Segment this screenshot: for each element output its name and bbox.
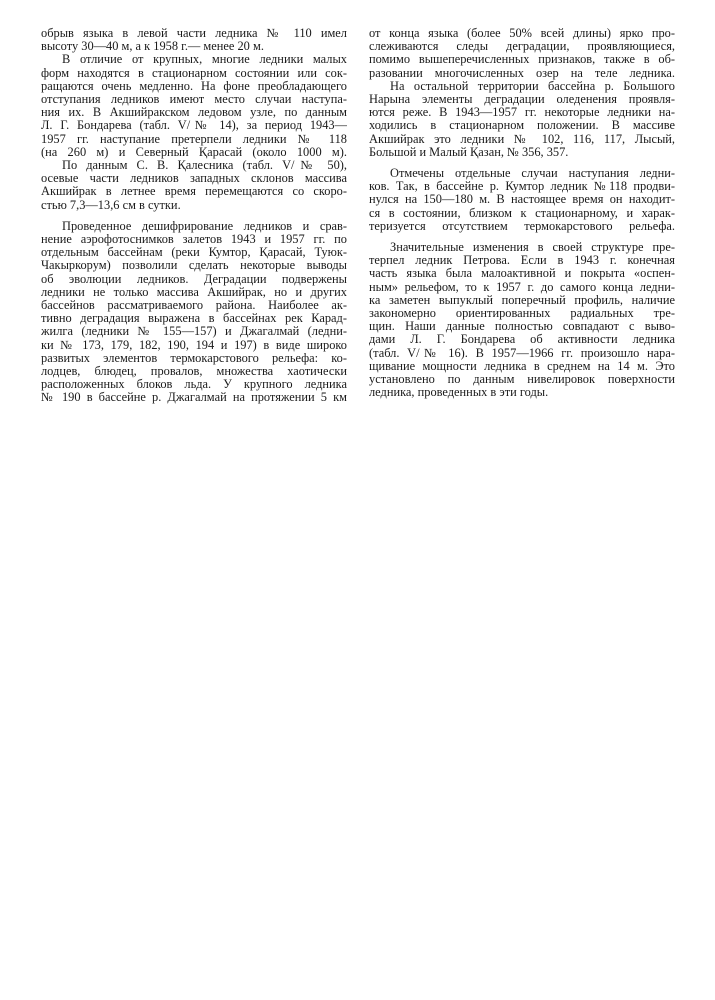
text-line: разовании многочисленных озер на теле ле… (369, 67, 675, 80)
text-line: щивание мощности ледника в среднем на 14… (369, 360, 675, 373)
text-line: Значительные изменения в своей структуре… (369, 241, 675, 254)
text-line: (табл. V/№ 16). В 1957—1966 гг. произошл… (369, 347, 675, 360)
text-line: ледники не только массива Акшийрак, но и… (41, 286, 347, 299)
text-line: нение аэрофотоснимков залетов 1943 и 195… (41, 233, 347, 246)
text-line: Чакыркорум) позволили сделать некоторые … (41, 259, 347, 272)
text-line: На остальной территории бассейна р. Боль… (369, 80, 675, 93)
text-line: закономерно ориентированных радиальных т… (369, 307, 675, 320)
text-line: По данным С. В. Қалесника (табл. V/№ 50)… (41, 159, 347, 172)
text-line: бассейнов рассматриваемого района. Наибо… (41, 299, 347, 312)
text-line: слеживаются следы деградации, проявляющи… (369, 40, 675, 53)
text-line: часть языка была малоактивной и покрыта … (369, 267, 675, 280)
text-line: ходились в стационарном положении. В мас… (369, 119, 675, 132)
text-line: развитых элементов термокарстового релье… (41, 352, 347, 365)
text-line: помимо вышеперечисленных признаков, такж… (369, 53, 675, 66)
paragraph: обрыв языка в левой части ледника № 110 … (41, 27, 347, 53)
text-line: лодцев, блюдец, провалов, множества хаот… (41, 365, 347, 378)
text-line: ки № 173, 179, 182, 190, 194 и 197) в ви… (41, 339, 347, 352)
text-line: осевые части ледников западных склонов м… (41, 172, 347, 185)
text-line: ным» рельефом, то к 1957 г. до самого ко… (369, 281, 675, 294)
left-text-column: обрыв языка в левой части ледника № 110 … (41, 27, 347, 405)
text-line: об эволюции ледников. Деградации подверж… (41, 273, 347, 286)
text-line: ся в состоянии, близком к стационарному,… (369, 207, 675, 220)
text-line: Большой и Малый Қазан, № 356, 357. (369, 146, 675, 159)
paragraph: от конца языка (более 50% всей длины) яр… (369, 27, 675, 80)
text-line: 1957 гг. наступание претерпели ледники №… (41, 133, 347, 146)
text-line: ращаются очень медленно. На фоне преобла… (41, 80, 347, 93)
text-line: форм находятся в стационарном состоянии … (41, 67, 347, 80)
text-line: Акшийрак это ледники № 102, 116, 117, Лы… (369, 133, 675, 146)
text-line: ния их. В Акшийракском ледовом узле, по … (41, 106, 347, 119)
text-line: № 190 в бассейне р. Джагалмай на протяже… (41, 391, 347, 404)
text-line: отдельным бассейнам (реки Кумтор, Қараса… (41, 246, 347, 259)
text-line: ледника, проведенных в эти годы. (369, 386, 675, 399)
text-line: высоту 30—40 м, а к 1958 г.— менее 20 м. (41, 40, 347, 53)
paragraph: В отличие от крупных, многие ледники мал… (41, 53, 347, 159)
text-line: Нарына элементы деградации оледенения пр… (369, 93, 675, 106)
paragraph: Значительные изменения в своей структуре… (369, 241, 675, 399)
text-line: щин. Наши данные полностью совпадают с в… (369, 320, 675, 333)
text-line: ка заметен выпуклый поперечный профиль, … (369, 294, 675, 307)
paragraph: Отмечены отдельные случаи наступания лед… (369, 167, 675, 233)
text-line: жилга (ледники № 155—157) и Джагалмай (л… (41, 325, 347, 338)
text-line: ются реже. В 1943—1957 гг. некоторые лед… (369, 106, 675, 119)
text-line: (на 260 м) и Северный Қарасай (около 100… (41, 146, 347, 159)
text-line: тивно деградация выражена в бассейнах ре… (41, 312, 347, 325)
text-line: обрыв языка в левой части ледника № 110 … (41, 27, 347, 40)
text-line: от конца языка (более 50% всей длины) яр… (369, 27, 675, 40)
text-line: Л. Г. Бондарева (табл. V/№ 14), за перио… (41, 119, 347, 132)
paragraph: Проведенное дешифрирование ледников и ср… (41, 220, 347, 405)
text-line: дами Л. Г. Бондарева об активности ледни… (369, 333, 675, 346)
text-line: отступания ледников имеют место случаи н… (41, 93, 347, 106)
paragraph: На остальной территории бассейна р. Боль… (369, 80, 675, 159)
right-text-column: от конца языка (более 50% всей длины) яр… (369, 27, 675, 399)
text-line: стью 7,3—13,6 см в сутки. (41, 199, 347, 212)
text-line: Проведенное дешифрирование ледников и ср… (41, 220, 347, 233)
text-line: установлено по данным нивелировок поверх… (369, 373, 675, 386)
text-line: терпел ледник Петрова. Если в 1943 г. ко… (369, 254, 675, 267)
text-line: нулся на 150—180 м. В настоящее время он… (369, 193, 675, 206)
text-line: Отмечены отдельные случаи наступания лед… (369, 167, 675, 180)
text-line: В отличие от крупных, многие ледники мал… (41, 53, 347, 66)
text-line: Акшийрак в летнее время перемещаются со … (41, 185, 347, 198)
text-line: расположенных блоков льда. У крупного ле… (41, 378, 347, 391)
paragraph: По данным С. В. Қалесника (табл. V/№ 50)… (41, 159, 347, 212)
text-line: ков. Так, в бассейне р. Кумтор ледник №1… (369, 180, 675, 193)
text-line: теризуется отсутствием термокарстового р… (369, 220, 675, 233)
